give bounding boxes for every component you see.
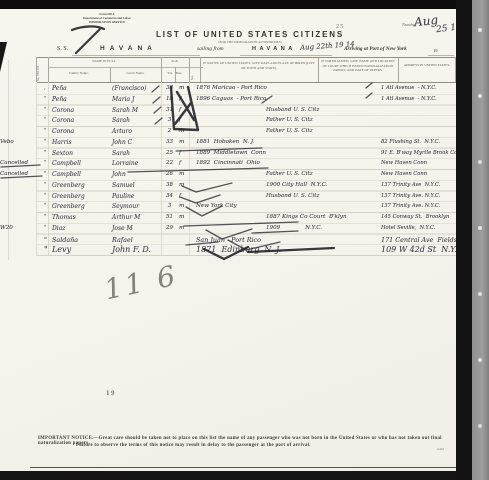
table-row: " Greenberg Pauline 34 f Husband U. S. C… (36, 192, 456, 203)
margin-note: Vebo (0, 139, 34, 145)
col-line (200, 57, 201, 82)
ditto-mark: " (44, 107, 47, 113)
table-row: " Cancelled Campbell John 26 m Father U.… (36, 170, 456, 181)
naturalization-note: 1887 Kings Co Court B'klyn (266, 214, 347, 220)
header-age: AGE. (161, 59, 189, 64)
age-value: 22 (162, 160, 177, 166)
naturalization-note: Father U. S. Citz (266, 117, 313, 123)
table-row: " Levy John F. D. 1871 Edinburg N. J. 10… (36, 245, 456, 256)
ditto-mark: " (44, 214, 47, 220)
age-value: 29 (162, 225, 177, 231)
family-name: Campbell (52, 160, 81, 167)
age-value: 3 (162, 117, 177, 123)
scan-film-strip (472, 0, 489, 480)
table-row: " Cancelled Campbell Lorraine 22 f 1892 … (36, 159, 456, 170)
sex-value: m (179, 214, 184, 220)
age-value: 26 (162, 171, 177, 177)
table-top-rule (36, 57, 456, 58)
sex-value: f (179, 96, 181, 102)
ditto-mark: " (44, 182, 47, 188)
birth-place: San Juan - Port Rico (196, 236, 261, 244)
scan-edge-bottom (0, 471, 456, 480)
notice-line2: Failure to observe the terms of this not… (76, 443, 311, 448)
header-age-sub: Yrs. Mos. (161, 71, 189, 76)
sex-value: m (179, 203, 184, 209)
age-value: 51 (162, 214, 177, 220)
ditto-mark: " (44, 193, 47, 199)
given-name: Samuel (112, 182, 135, 189)
form-stamp-line3: IMMIGRATION SERVICE (62, 20, 152, 24)
birth-place: 1881 Hoboken N. J. (196, 139, 255, 145)
given-name: Sarah M (112, 107, 138, 114)
family-name: Corona (52, 128, 74, 135)
form-stamp: Form 630 A Department of Commerce and La… (62, 12, 152, 24)
lower-number-stamp: 19 (106, 389, 116, 397)
header-no-on-list: No. ON LIST. (37, 58, 42, 81)
sex-value: f (179, 150, 181, 156)
given-name: Arturo (112, 128, 132, 135)
margin-note: W20 (0, 225, 34, 231)
header-family-name: Family Name. (48, 71, 110, 76)
table-row: " Corona Sarah 3 f Father U. S. Citz (36, 116, 456, 127)
family-name: Corona (52, 107, 74, 114)
naturalization-note: Husband U. S. Citz (266, 193, 319, 199)
table-row: , Peña (Francisco) 38 m 1876 Maricao - P… (36, 84, 456, 95)
age-value: 25 (162, 150, 177, 156)
ditto-mark: " (44, 96, 47, 102)
family-name: Saldaña (52, 236, 78, 244)
family-name: Harris (52, 139, 72, 146)
family-name: Greenberg (52, 203, 85, 210)
given-name: Maria J (112, 96, 134, 103)
given-name: Pauline (112, 193, 134, 200)
ss-label: S. S. (57, 46, 68, 52)
table-row: " Sexton Sarah 25 f 1889 Middletown Conn… (36, 149, 456, 160)
header-naturalization: IF NATURALIZED, GIVE NAME AND LOCATION O… (320, 59, 396, 73)
sailing-from-label: sailing from (197, 46, 224, 52)
ditto-mark: " (44, 236, 47, 244)
header-name-in-full: NAME IN FULL. (48, 59, 161, 64)
family-name: Greenberg (52, 182, 85, 189)
ditto-mark: " (44, 160, 47, 166)
family-name: Diaz (52, 225, 65, 232)
naturalization-note: Father U. S. Citz (266, 171, 313, 177)
sex-value: f (179, 107, 181, 113)
sex-value: f (179, 160, 181, 166)
table-row: " W20 Diaz Jose M 29 m 1909 N.Y.C. Hotel… (36, 224, 456, 235)
page-number-stamp: 25 (336, 23, 345, 30)
given-name: Arthur M (112, 214, 140, 221)
family-name: Thomas (52, 214, 76, 221)
age-value: 3 (162, 203, 177, 209)
header-birth: IF NATIVE OF UNITED STATES, GIVE DATE AN… (202, 61, 316, 70)
col-line (398, 57, 399, 82)
table-row: " Corona Sarah M 31 f Husband U. S. Citz (36, 106, 456, 117)
film-sprocket-dots (478, 28, 482, 32)
scanned-manifest-page: Form 630 A Department of Commerce and La… (0, 0, 489, 480)
margin-note: Cancelled (0, 160, 34, 166)
family-name: Greenberg (52, 193, 85, 200)
birth-place: 1876 Maricao - Port Rico (196, 85, 267, 91)
age-value: 2 (162, 128, 177, 134)
table-row: " Corona Arturo 2 m Father U. S. Citz (36, 127, 456, 138)
family-name: Peña (52, 85, 67, 92)
naturalization-note: 1900 City Hall N.Y.C. (266, 182, 328, 188)
given-name: John F. D. (112, 245, 151, 254)
ditto-mark: " (44, 245, 48, 254)
sailing-port-rule (240, 55, 332, 56)
sex-value: f (179, 193, 181, 199)
table-row: " Greenberg Seymour 3 m New York City 13… (36, 202, 456, 213)
ditto-mark: " (44, 171, 47, 177)
ditto-mark: " (44, 225, 47, 231)
given-name: Seymour (112, 203, 139, 210)
table-row: " Vebo Harris John C 33 m 1881 Hoboken N… (36, 138, 456, 149)
sailing-port: HAVANA (252, 46, 296, 52)
col-line (189, 57, 190, 82)
table-row: " Greenberg Samuel 38 m 1900 City Hall N… (36, 181, 456, 192)
ditto-mark: " (44, 117, 47, 123)
birth-place: 1871 Edinburg N. J. (196, 245, 281, 254)
age-value: 18 (162, 96, 177, 102)
col-line (318, 57, 319, 82)
age-value: 38 (162, 85, 177, 91)
header-sex: Sex. (191, 60, 196, 80)
margin-note: Cancelled (0, 171, 34, 177)
sex-value: m (179, 139, 184, 145)
ditto-mark: " (44, 150, 47, 156)
scan-edge-top (0, 0, 489, 9)
ditto-mark: " (44, 203, 47, 209)
ditto-mark: , (44, 85, 46, 91)
ditto-mark: " (44, 139, 47, 145)
scan-corner-shadow (0, 42, 7, 72)
family-name: Levy (52, 245, 71, 254)
sex-value: m (179, 171, 184, 177)
naturalization-note: Father U. S. Citz (266, 128, 313, 134)
given-name: (Francisco) (112, 85, 147, 92)
birth-place: New York City (196, 203, 237, 209)
bottom-rule (30, 467, 456, 468)
sex-value: m (179, 128, 184, 134)
given-name: Lorraine (112, 160, 138, 167)
age-value: 31 (162, 107, 177, 113)
given-name: John (112, 171, 126, 178)
given-name: John C (112, 139, 132, 146)
age-value: 34 (162, 193, 177, 199)
given-name: Sarah (112, 117, 130, 124)
header-address: ADDRESS IN UNITED STATES. (400, 63, 454, 68)
form-code: 2-201 (437, 447, 444, 451)
table-row: " Saldaña Rafael San Juan - Port Rico 17… (36, 235, 456, 246)
scan-edge-right (456, 0, 472, 480)
sex-value: m (179, 182, 184, 188)
naturalization-note: Husband U. S. Citz (266, 107, 319, 113)
table-row: " Peña Maria J 18 f 1896 Caguas - Port R… (36, 95, 456, 106)
sex-value: f (179, 117, 181, 123)
manifest-rows: , Peña (Francisco) 38 m 1876 Maricao - P… (36, 84, 456, 257)
birth-place: 1892 Cincinnati Ohio (196, 160, 260, 166)
table-header-bottom-rule (36, 82, 456, 83)
page-title: LIST OF UNITED STATES CITIZENS (150, 30, 350, 39)
ship-name: HAVANA (100, 45, 157, 52)
family-name: Campbell (52, 171, 81, 178)
header-given-name: Given Name. (110, 71, 161, 76)
given-name: Jose M (112, 225, 133, 232)
age-value: 33 (162, 139, 177, 145)
ditto-mark: " (44, 128, 47, 134)
sex-value: m (179, 85, 184, 91)
family-name: Peña (52, 96, 67, 103)
ship-line-rule (72, 55, 200, 56)
naturalization-note: 1909 N.Y.C. (266, 225, 322, 231)
arrive-year-rule (428, 55, 454, 56)
given-name: Sarah (112, 150, 130, 157)
birth-place: 1896 Caguas - Port Rico (196, 96, 266, 102)
arrive-year-printed: 19 (433, 48, 438, 53)
family-name: Sexton (52, 150, 73, 157)
table-row: " Thomas Arthur M 51 m 1887 Kings Co Cou… (36, 213, 456, 224)
age-value: 38 (162, 182, 177, 188)
arriving-label: Arriving at Port of New York (344, 46, 407, 52)
given-name: Rafael (112, 236, 133, 244)
name-age-sub-rule (48, 67, 203, 68)
family-name: Corona (52, 117, 74, 124)
birth-place: 1889 Middletown Conn (196, 150, 266, 156)
sex-value: m (179, 225, 184, 231)
